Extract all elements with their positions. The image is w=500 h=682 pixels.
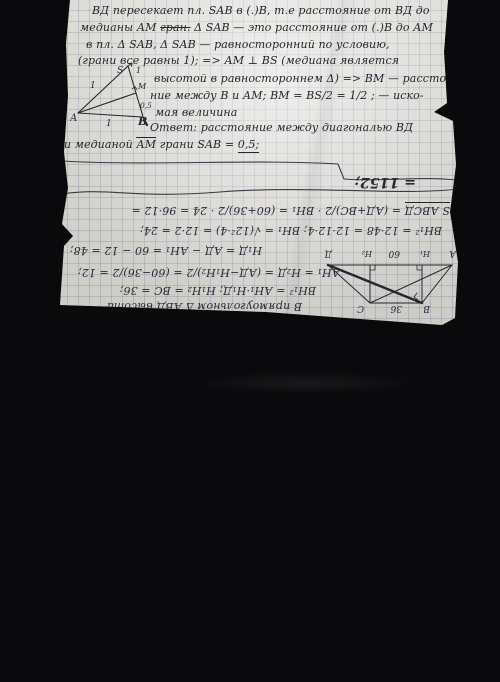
inverted-solution-block: А Н₁ 60 Н₂ Д В 36 С В прямоугольном Δ АВ… — [58, 150, 460, 315]
triangle-diagram: A S B M 1 1 1 0,5 — [70, 63, 158, 127]
inverted-line-3: АН₁ = Н₂Д = (АД−Н₁Н₂)/2 = (60−36)/2 = 12… — [78, 265, 340, 279]
handwriting-line-2: медианы АМ гран. Δ SAB — это расстояние … — [80, 21, 433, 35]
trapezoid-base-bc-length: 36 — [390, 303, 402, 313]
trapezoid-label-a: А — [449, 248, 456, 258]
right-angle-mark-h1 — [417, 265, 422, 270]
handwriting-line-6: ние между В и АМ; ВМ = BS/2 = 1/2 ; — ис… — [150, 89, 424, 103]
arrow-tip-s — [128, 63, 132, 66]
trapezoid-label-c: С — [357, 303, 364, 313]
area-symbol: S АВСД — [405, 202, 450, 217]
notebook-paper: ВД пересекает пл. SAB в (.)В, т.е рассто… — [56, 0, 462, 330]
inverted-line-1: В прямоугольном Δ АВД высота — [107, 299, 302, 313]
triangle-median-am — [78, 93, 136, 113]
trapezoid-label-d: Д — [324, 248, 333, 258]
right-angle-mark-h2 — [370, 265, 375, 270]
trapezoid-base-ad-length: 60 — [388, 248, 400, 258]
area-expression: = (АД+ВС)/2 · ВН₁ = (60+36)/2 · 24 = 96·… — [131, 204, 404, 217]
inverted-result-line: = 1152; — [355, 175, 416, 189]
triangle-label-a: A — [70, 113, 77, 124]
answer-line-1: Ответ: расстояние между диагональю ВД — [150, 121, 413, 135]
triangle-label-b: B — [137, 115, 147, 127]
handwriting-line-5: высотой в равностороннем Δ) => ВМ — расс… — [154, 72, 454, 86]
trapezoid-label-h2: Н₂ — [362, 249, 373, 258]
triangle-label-m: M — [137, 82, 147, 91]
handwriting-line-3: в пл. Δ SAB, Δ SAB — равносторонний по у… — [86, 38, 390, 52]
triangle-side-sb-length: 1 — [136, 66, 141, 75]
inverted-line-2: ВН₁² = АН₁·Н₁Д; Н₁Н₂ = ВС = 36; — [120, 283, 316, 297]
inverted-line-5: ВН₁² = 12·48 = 12·12·4; ВН₁ = √(12²·4) =… — [140, 223, 442, 237]
inverted-line-4: Н₁Д = АД − АН₁ = 60 − 12 = 48; — [70, 243, 262, 257]
trapezoid-label-h1: Н₁ — [420, 249, 431, 258]
trapezoid-diagram: А Н₁ 60 Н₂ Д В 36 С — [318, 247, 456, 315]
line2-crossed-out-word: гран. — [160, 21, 190, 34]
line2-pre: медианы АМ — [80, 21, 160, 34]
triangle-side-as-length: 1 — [90, 81, 96, 91]
answer-median-am: АМ — [136, 137, 156, 151]
trapezoid-label-b: В — [423, 303, 431, 313]
triangle-side-ab-length: 1 — [106, 119, 112, 127]
handwriting-line-1: ВД пересекает пл. SAB в (.)В, т.е рассто… — [92, 4, 430, 18]
triangle-side-ab — [78, 113, 142, 117]
scanned-page: ВД пересекает пл. SAB в (.)В, т.е рассто… — [0, 0, 500, 682]
line2-post: Δ SAB — это расстояние от (.)В до АМ — [191, 21, 433, 34]
handwriting-line-7: мая величина — [155, 106, 237, 120]
scanner-smudge — [185, 372, 425, 394]
inverted-line-6: S АВСД = (АД+ВС)/2 · ВН₁ = (60+36)/2 · 2… — [131, 203, 450, 217]
triangle-label-s: S — [117, 66, 123, 76]
trapezoid-outline — [328, 265, 452, 303]
diagonal-bd — [328, 265, 422, 303]
